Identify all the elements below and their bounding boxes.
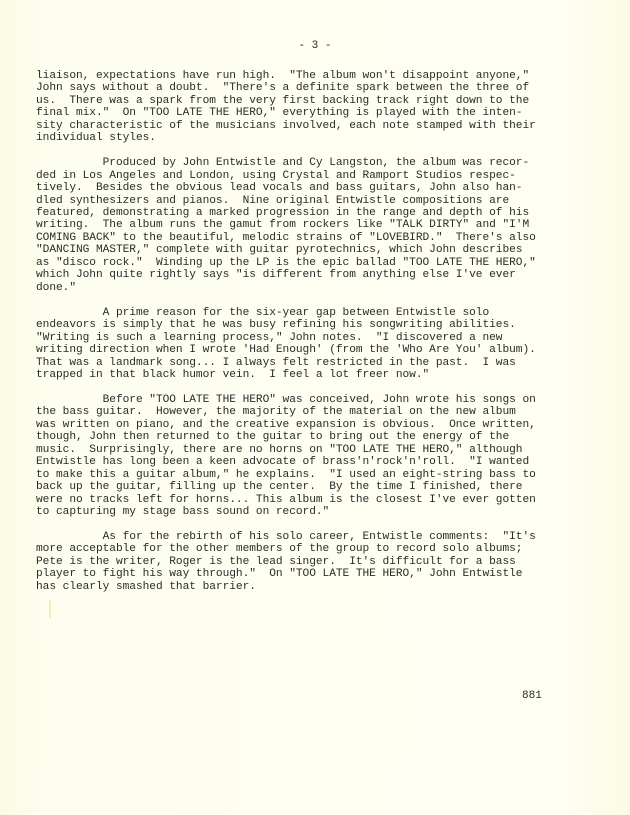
text-line: final mix." On "TOO LATE THE HERO," ever… — [36, 107, 606, 119]
text-line: as "disco rock." Winding up the LP is th… — [36, 257, 606, 269]
text-line: more acceptable for the other members of… — [36, 543, 606, 555]
text-line: Pete is the writer, Roger is the lead si… — [36, 556, 606, 568]
text-line: were no tracks left for horns... This al… — [36, 494, 606, 506]
document-id-number: 881 — [522, 690, 542, 702]
text-line: dled synthesizers and pianos. Nine origi… — [36, 195, 606, 207]
text-line: "Writing is such a learning process," Jo… — [36, 332, 606, 344]
document-page: - 3 - liaison, expectations have run hig… — [0, 0, 630, 815]
text-line: trapped in that black humor vein. I feel… — [36, 369, 606, 381]
paragraph-4: Before "TOO LATE THE HERO" was conceived… — [36, 394, 606, 519]
paragraph-5: As for the rebirth of his solo career, E… — [36, 531, 606, 593]
text-line: music. Surprisingly, there are no horns … — [36, 444, 606, 456]
text-line: ded in Los Angeles and London, using Cry… — [36, 170, 606, 182]
text-line: COMING BACK" to the beautiful, melodic s… — [36, 232, 606, 244]
paragraph-2: Produced by John Entwistle and Cy Langst… — [36, 157, 606, 294]
text-line: featured, demonstrating a marked progres… — [36, 207, 606, 219]
text-line: us. There was a spark from the very firs… — [36, 95, 606, 107]
text-line: John says without a doubt. "There's a de… — [36, 82, 606, 94]
text-line: to make this a guitar album," he explain… — [36, 469, 606, 481]
text-line: which John quite rightly says "is differ… — [36, 269, 606, 281]
text-line: sity characteristic of the musicians inv… — [36, 120, 606, 132]
text-line: That was a landmark song... I always fel… — [36, 357, 606, 369]
text-line: tively. Besides the obvious lead vocals … — [36, 182, 606, 194]
text-line: done." — [36, 282, 606, 294]
text-line: individual styles. — [36, 132, 606, 144]
text-line: A prime reason for the six-year gap betw… — [36, 307, 606, 319]
text-line: Produced by John Entwistle and Cy Langst… — [36, 157, 606, 169]
text-line: writing. The album runs the gamut from r… — [36, 219, 606, 231]
document-body: liaison, expectations have run high. "Th… — [36, 70, 606, 606]
text-line: liaison, expectations have run high. "Th… — [36, 70, 606, 82]
paragraph-3: A prime reason for the six-year gap betw… — [36, 307, 606, 382]
text-line: has clearly smashed that barrier. — [36, 581, 606, 593]
paragraph-1: liaison, expectations have run high. "Th… — [36, 70, 606, 145]
text-line: was written on piano, and the creative e… — [36, 419, 606, 431]
text-line: As for the rebirth of his solo career, E… — [36, 531, 606, 543]
text-line: the bass guitar. However, the majority o… — [36, 406, 606, 418]
text-line: endeavors is simply that he was busy ref… — [36, 319, 606, 331]
text-line: player to fight his way through." On "TO… — [36, 568, 606, 580]
text-line: back up the guitar, filling up the cente… — [36, 481, 606, 493]
text-line: Entwistle has long been a keen advocate … — [36, 456, 606, 468]
page-number: - 3 - — [0, 40, 630, 52]
text-line: writing direction when I wrote 'Had Enou… — [36, 344, 606, 356]
text-line: though, John then returned to the guitar… — [36, 431, 606, 443]
text-line: Before "TOO LATE THE HERO" was conceived… — [36, 394, 606, 406]
text-line: to capturing my stage bass sound on reco… — [36, 506, 606, 518]
text-line: "DANCING MASTER," complete with guitar p… — [36, 244, 606, 256]
